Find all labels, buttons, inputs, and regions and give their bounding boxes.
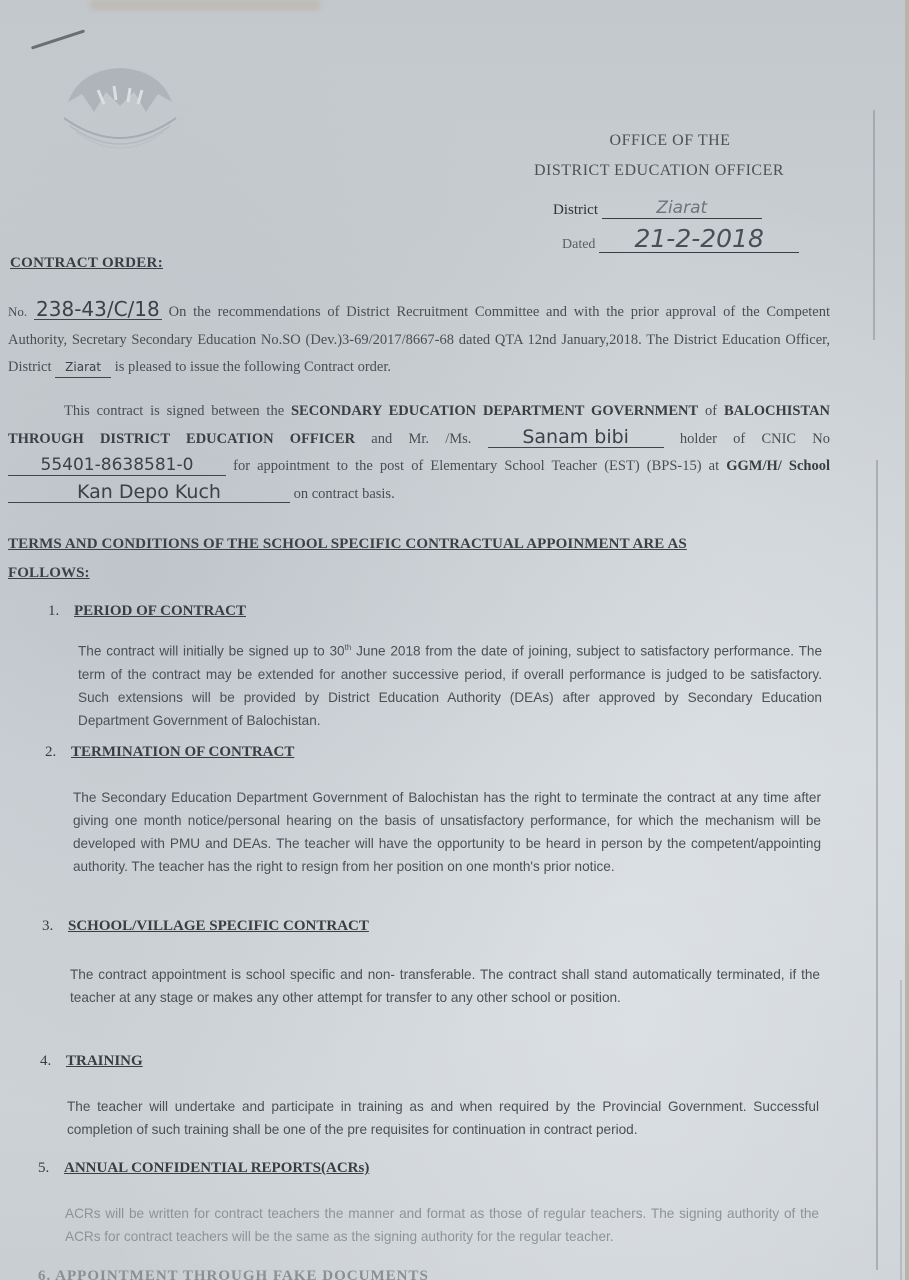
section-number: 1.	[48, 603, 74, 620]
terms-heading-line-2: FOLLOWS:	[8, 559, 687, 588]
section-3-heading: 3.SCHOOL/VILLAGE SPECIFIC CONTRACT	[42, 918, 369, 935]
section-title: TRAINING	[66, 1053, 143, 1069]
district-value: Ziarat	[602, 198, 762, 219]
section-number: 2.	[45, 744, 71, 761]
section-4-heading: 4.TRAINING	[40, 1053, 143, 1070]
teacher-name-value: Sanam bibi	[488, 427, 664, 448]
contract-text-3: and Mr. /Ms.	[371, 431, 471, 447]
section-number: 5.	[38, 1160, 64, 1177]
letterhead: OFFICE OF THE DISTRICT EDUCATION OFFICER	[510, 132, 810, 180]
section-title: PERIOD OF CONTRACT	[74, 603, 246, 619]
order-text-2: is pleased to issue the following Contra…	[115, 359, 391, 375]
section-1-heading: 1.PERIOD OF CONTRACT	[48, 603, 246, 620]
section-number: 3.	[42, 918, 68, 935]
page-edge	[905, 0, 909, 1280]
contract-text-6: on contract basis.	[294, 486, 395, 502]
section-2-heading: 2.TERMINATION OF CONTRACT	[45, 744, 294, 761]
dated-label: Dated	[562, 237, 595, 252]
section-1-body: The contract will initially be signed up…	[78, 636, 822, 732]
cnic-value: 55401-8638581-0	[8, 455, 226, 476]
section-title: ANNUAL CONFIDENTIAL REPORTS(ACRs)	[64, 1160, 369, 1176]
section-number: 4.	[40, 1053, 66, 1070]
order-no-label: No.	[8, 304, 27, 319]
office-line-2: DISTRICT EDUCATION OFFICER	[508, 162, 810, 180]
district-field: District Ziarat	[553, 198, 762, 219]
section-5-heading: 5.ANNUAL CONFIDENTIAL REPORTS(ACRs)	[38, 1160, 369, 1177]
office-line-1: OFFICE OF THE	[530, 132, 810, 150]
section-title: TERMINATION OF CONTRACT	[71, 744, 294, 760]
document-title: CONTRACT ORDER:	[10, 255, 163, 272]
crease-line	[876, 460, 878, 1270]
crease-line	[873, 110, 875, 340]
contract-party-1: SECONDARY EDUCATION DEPARTMENT GOVERNMEN…	[291, 403, 698, 419]
crease-line	[900, 980, 902, 1280]
section-2-body: The Secondary Education Department Gover…	[73, 786, 821, 878]
pen-mark	[31, 29, 85, 49]
order-no-value: 238-43/C/18	[34, 299, 162, 320]
district-label: District	[553, 202, 598, 218]
dated-field: Dated 21-2-2018	[562, 226, 799, 253]
contract-text-5: for appointment to the post of Elementar…	[233, 458, 719, 474]
section-6-heading-cutoff: 6. APPOINTMENT THROUGH FAKE DOCUMENTS	[38, 1268, 429, 1280]
government-emblem-icon	[50, 60, 190, 160]
terms-heading-line-1: TERMS AND CONDITIONS OF THE SCHOOL SPECI…	[8, 530, 687, 559]
school-name-value: Kan Depo Kuch	[8, 482, 290, 503]
terms-heading: TERMS AND CONDITIONS OF THE SCHOOL SPECI…	[8, 530, 687, 588]
section-3-body: The contract appointment is school speci…	[70, 963, 820, 1009]
dated-value: 21-2-2018	[599, 226, 799, 253]
contract-paragraph: This contract is signed between the SECO…	[8, 398, 830, 508]
scanned-document-page: OFFICE OF THE DISTRICT EDUCATION OFFICER…	[0, 0, 909, 1280]
school-type: GGM/H/ School	[726, 458, 830, 474]
paper-shadow	[90, 0, 320, 10]
contract-text-2: of	[705, 403, 717, 419]
order-district-value: Ziarat	[55, 357, 111, 378]
section-1-text-a: The contract will initially be signed up…	[78, 644, 345, 659]
section-4-body: The teacher will undertake and participa…	[67, 1095, 819, 1141]
order-paragraph: No. 238-43/C/18 On the recommendations o…	[8, 298, 830, 382]
contract-text-4: holder of CNIC No	[680, 431, 830, 447]
contract-text-1: This contract is signed between the	[64, 403, 284, 419]
section-5-body: ACRs will be written for contract teache…	[65, 1202, 819, 1248]
section-title: SCHOOL/VILLAGE SPECIFIC CONTRACT	[68, 918, 369, 934]
